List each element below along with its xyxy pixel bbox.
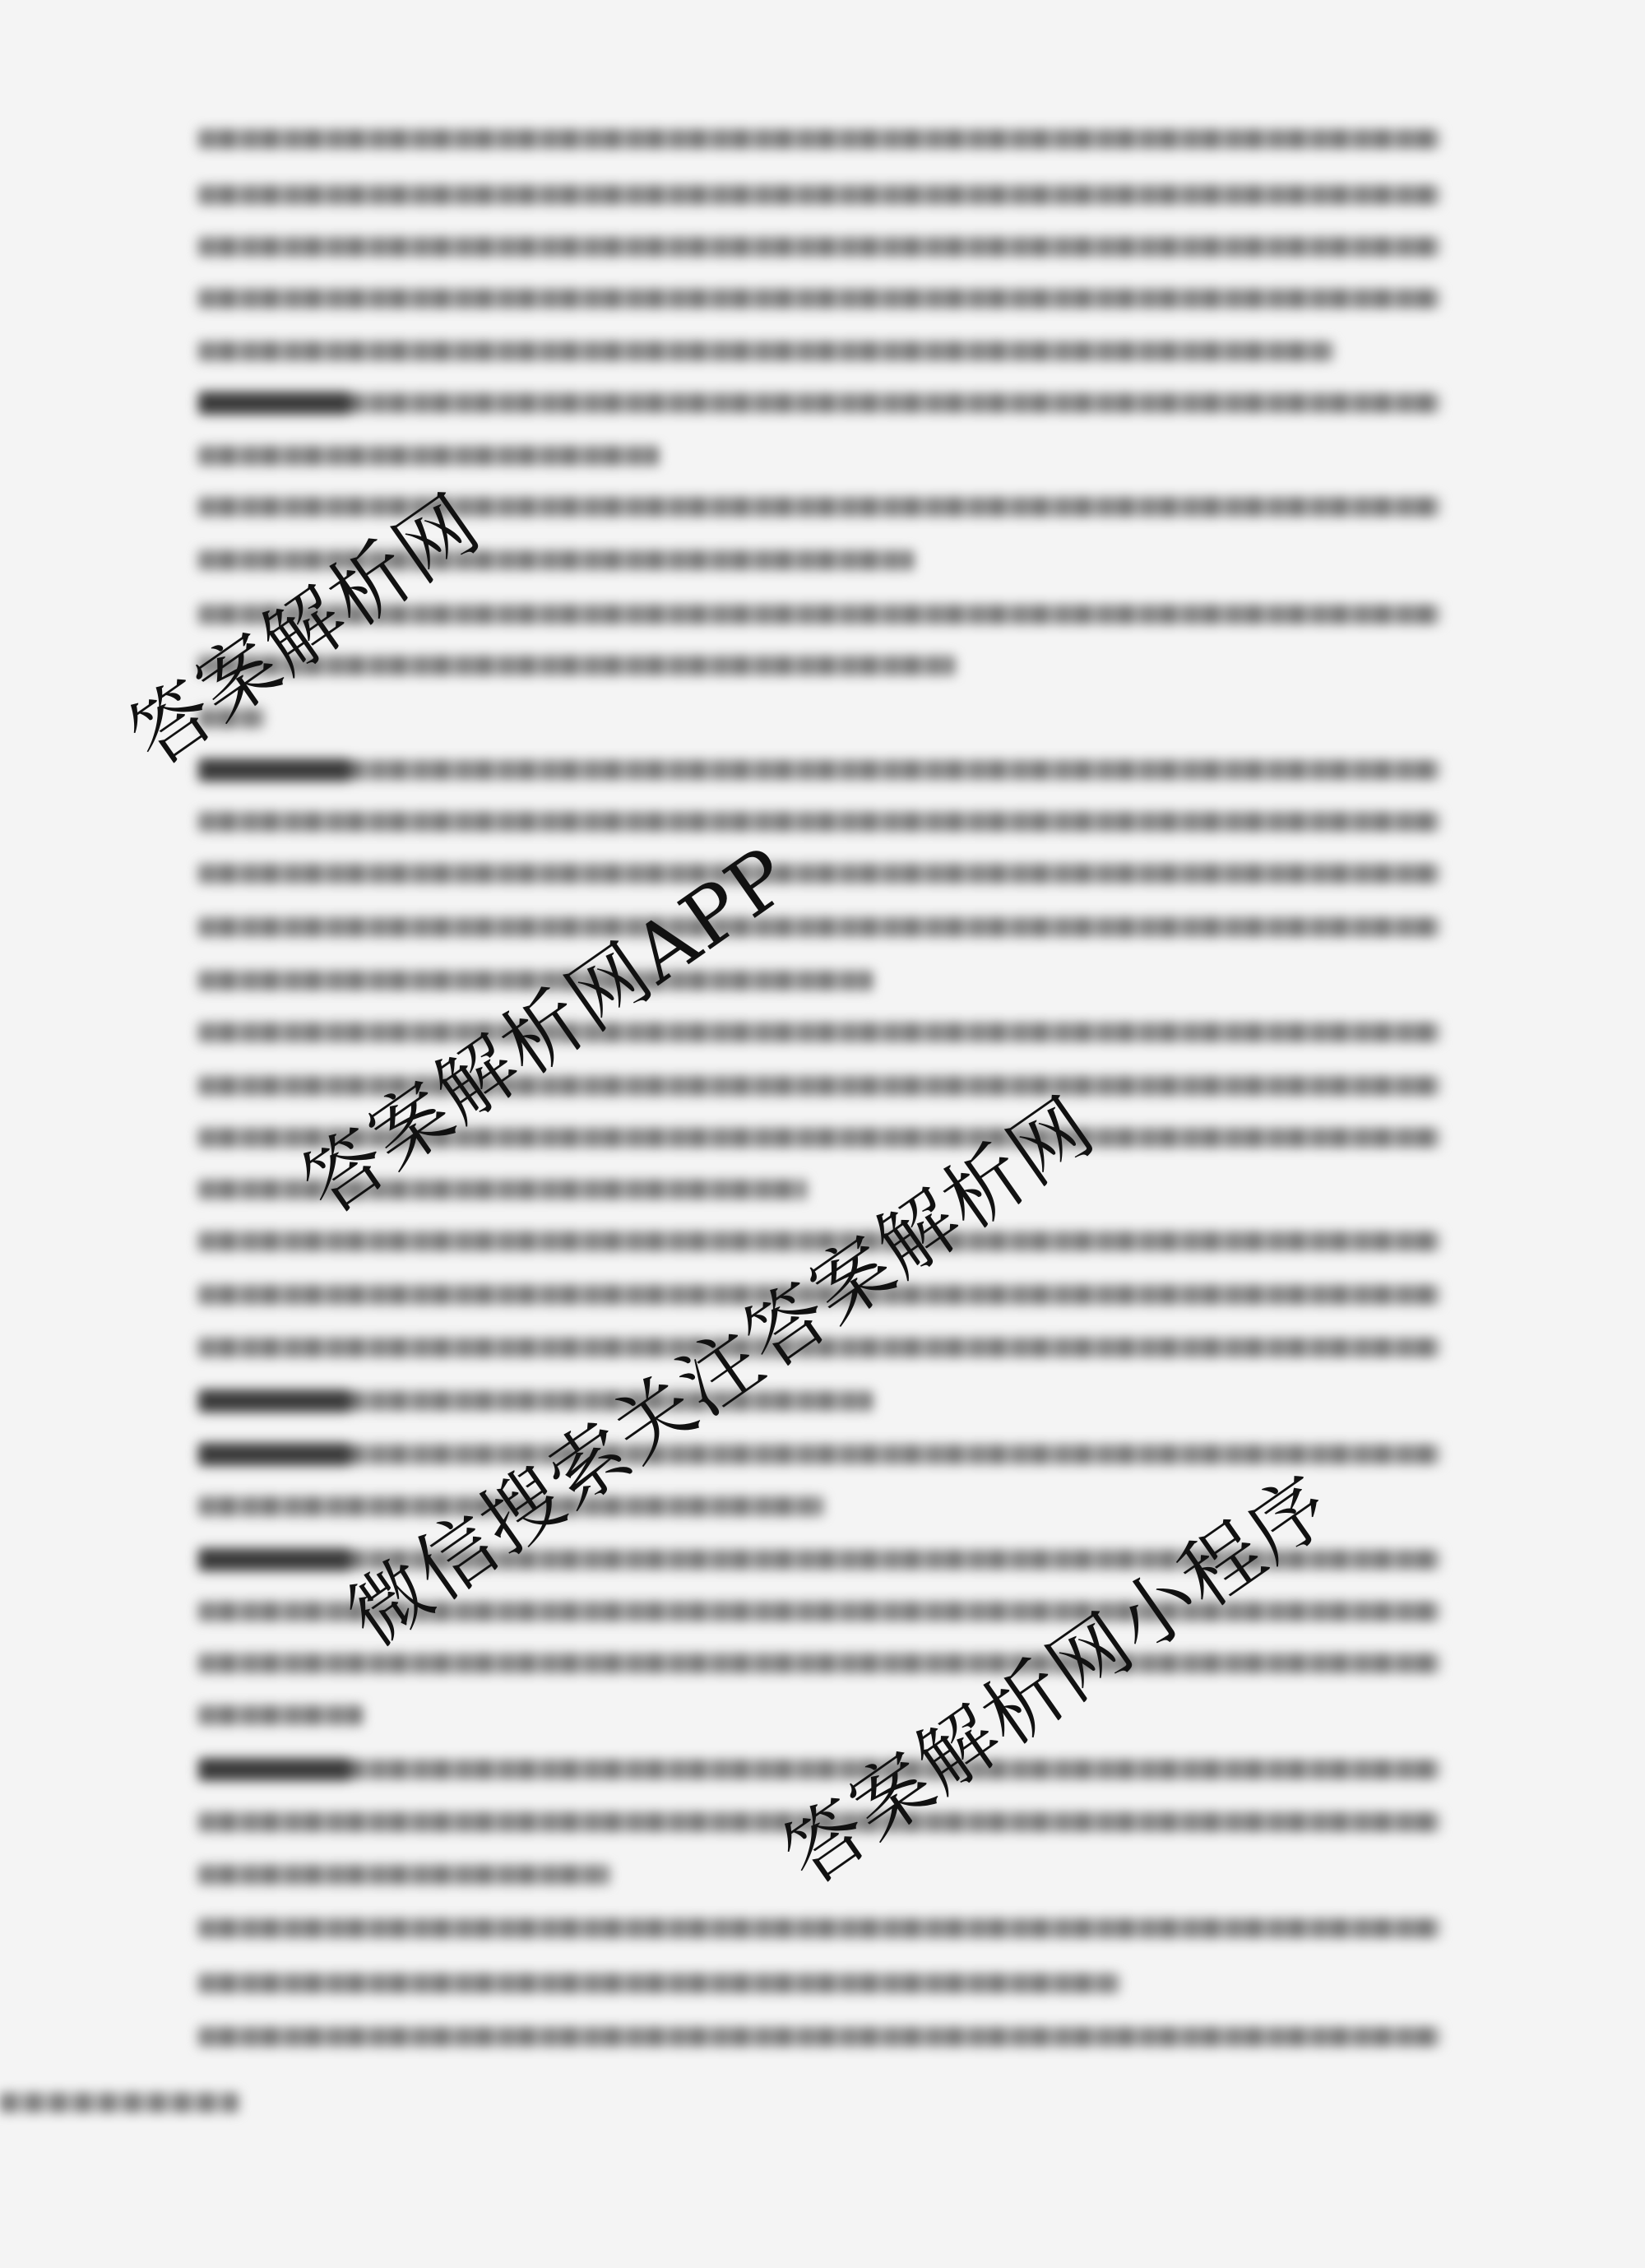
text-line bbox=[198, 860, 1440, 885]
text-line bbox=[198, 809, 1440, 833]
document-page: 答案解析网 答案解析网APP 微信搜索关注答案解析网 答案解析网小程序 bbox=[0, 0, 1645, 2268]
text-line bbox=[198, 1019, 1440, 1044]
text-line bbox=[198, 2024, 1440, 2048]
text-line bbox=[198, 126, 1440, 151]
text-line bbox=[198, 1441, 1440, 1466]
text-line bbox=[198, 1176, 807, 1201]
text-line bbox=[198, 285, 1440, 310]
text-line bbox=[198, 182, 1440, 206]
text-line bbox=[198, 443, 659, 467]
page-footer bbox=[0, 2089, 239, 2114]
text-line bbox=[198, 757, 1440, 782]
text-line bbox=[198, 914, 1440, 939]
text-line bbox=[198, 390, 1440, 415]
text-line bbox=[198, 1915, 1440, 1940]
text-line bbox=[198, 1862, 609, 1886]
text-line bbox=[198, 1970, 1119, 1995]
text-line bbox=[198, 338, 1333, 363]
text-line bbox=[198, 234, 1440, 258]
text-line bbox=[198, 1702, 363, 1727]
watermark-4: 答案解析网小程序 bbox=[758, 1444, 1351, 1906]
